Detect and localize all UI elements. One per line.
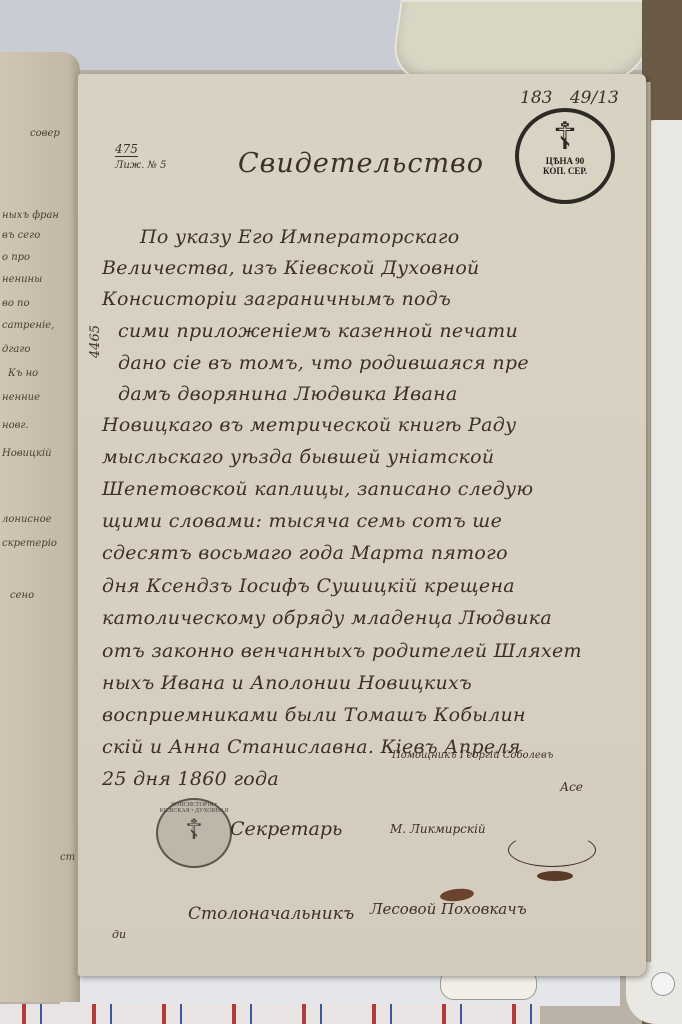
left-page-fragment: ненние [2, 392, 40, 403]
left-page-fragment: скретеріо [2, 538, 57, 549]
body-line: мысльскаго уѣзда бывшей уніатской [102, 446, 494, 468]
official-signature: Помощникъ Георгій Соболевъ [392, 750, 553, 761]
left-page-fragment: ненины [2, 274, 42, 285]
tablecloth [0, 1004, 540, 1024]
page-number: 183 [520, 88, 552, 108]
reference-number: 475 [115, 142, 138, 157]
body-line: дня Ксендзъ Іосифъ Сушицкій крещена [102, 575, 515, 597]
body-line: отъ законно венчанныхъ родителей Шляхет [102, 640, 582, 662]
body-line: Шепетовской каплицы, записано следую [102, 478, 533, 500]
body-line: ныхъ Ивана и Аполонии Новицкихъ [102, 672, 472, 694]
page-numbers: 183 49/13 [520, 88, 619, 108]
signature-flourish [508, 833, 596, 867]
body-line: щими словами: тысяча семь сотъ ше [102, 510, 502, 532]
ink-blot [537, 871, 573, 881]
left-page-fragment: Новицкій [2, 448, 52, 459]
body-line: сдесятъ восьмаго года Марта пятого [102, 542, 508, 564]
left-page: совер ныхъ фран въ сего о про ненины во … [0, 52, 80, 1002]
left-page-fragment: въ сего [2, 230, 40, 241]
body-line: католическому обряду младенца Людвика [102, 607, 552, 629]
body-line: По указу Его Императорскаго [140, 226, 460, 248]
body-line: восприемниками были Томашъ Кобылин [102, 704, 526, 726]
left-page-fragment: новг. [2, 420, 29, 431]
left-page-fragment: совер [30, 128, 60, 139]
left-page-fragment: о про [2, 252, 30, 263]
scanner-lid [389, 0, 655, 82]
body-line: 25 дня 1860 года [102, 768, 279, 790]
body-line: Новицкаго въ метрической книгѣ Раду [102, 414, 516, 436]
stamp-price-line1: ЦѢНА 90 [519, 156, 611, 166]
clerk-label: Столоначальникъ [188, 904, 354, 924]
double-headed-eagle-icon: ☦ [158, 812, 230, 848]
margin-note: 4465 [88, 325, 103, 358]
bottom-mark: ди [112, 928, 126, 941]
body-line: дамъ дворянина Людвика Ивана [118, 383, 458, 405]
left-page-fragment: сатреніе, [2, 320, 54, 331]
stand-knob [651, 972, 675, 996]
clerk-name: Лесовой Поховкачъ [370, 900, 527, 918]
left-page-fragment: ст [60, 852, 75, 863]
seal-ring-text: КОНСИСТОРІЯ • КІЕВСКАЯ • ДУХОВНАЯ [158, 802, 230, 814]
tax-stamp: ☦ ЦѢНА 90 КОП. СЕР. [515, 108, 615, 204]
secretary-label: Секретарь [230, 818, 342, 840]
left-page-fragment: во по [2, 298, 29, 309]
left-page-fragment: Къ но [8, 368, 38, 379]
left-page-fragment: ныхъ фран [2, 210, 59, 221]
left-page-fragment: дгаго [2, 344, 30, 355]
left-page-fragment: сено [10, 590, 34, 601]
body-line: Величества, изъ Кіевской Духовной [102, 257, 480, 279]
body-line: сими приложеніемъ казенной печати [118, 320, 518, 342]
body-line: Консисторіи заграничнымъ подъ [102, 288, 451, 310]
body-line: дано сіе въ томъ, что родившаяся пре [118, 352, 529, 374]
consistory-seal: КОНСИСТОРІЯ • КІЕВСКАЯ • ДУХОВНАЯ ☦ [156, 798, 232, 868]
stamp-price-line2: КОП. СЕР. [519, 166, 611, 176]
double-headed-eagle-icon: ☦ [519, 116, 611, 156]
folio-number: 49/13 [570, 88, 619, 108]
secretary-name: М. Ликмирскій [390, 822, 486, 836]
document-title: Свидетельство [238, 148, 484, 179]
left-page-fragment: лониcное [2, 514, 52, 525]
initials: Асе [560, 780, 583, 794]
reference-sub: Лиж. № 5 [115, 160, 167, 171]
